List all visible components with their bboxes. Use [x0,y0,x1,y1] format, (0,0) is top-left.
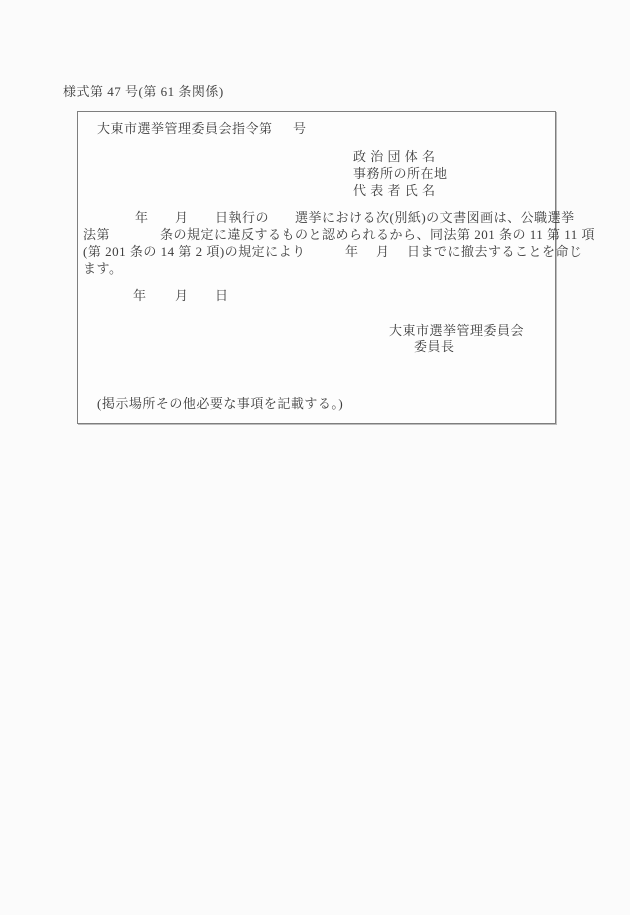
issue-year-unit: 年 [133,289,147,302]
signature-chairman-label: 委員長 [414,340,455,353]
removal-month-unit: 月 [376,245,390,258]
signature-title-line: 委員長 [78,340,555,353]
blank-removal-year [312,245,343,258]
directive-number-unit: 号 [293,122,307,135]
addressee-representative-line: 代 表 者 氏 名 [78,184,555,197]
signature-org-line: 大東市選挙管理委員会 [78,324,555,337]
blank-issue-day [190,289,213,302]
issue-date-line: 年 月 日 [78,289,555,302]
blank-law-article-number [111,228,158,241]
directive-number-line: 大東市選挙管理委員会指令第 号 [78,122,555,135]
addressee-office-address-label: 事務所の所在地 [353,167,448,180]
body-line-4: ます。 [78,262,555,275]
body-line-1: 年 月 日執行の 選挙における次(別紙)の文書図画は、公職選挙 [78,211,555,224]
issue-day-unit: 日 [215,289,229,302]
execution-day-text: 日執行の [215,211,269,224]
blank-execution-month [150,211,173,224]
notice-box: 大東市選挙管理委員会指令第 号 政 治 団 体 名 事務所の所在地 代 表 者 … [77,111,556,424]
body-line-4-text: ます。 [83,262,122,275]
removal-year-unit: 年 [345,245,359,258]
body-line-3-text: 日までに撤去することを命じ [407,245,583,258]
execution-year-unit: 年 [135,211,149,224]
addressee-org-name-line: 政 治 団 体 名 [78,150,555,163]
execution-month-unit: 月 [175,211,189,224]
body-line-2: 法第 条の規定に違反するものと認められるから、同法第 201 条の 11 第 1… [78,228,555,241]
blank-issue-month [148,289,173,302]
blank-execution-year [109,211,133,224]
document-page: 様式第 47 号(第 61 条関係) 大東市選挙管理委員会指令第 号 政 治 団… [0,0,630,915]
signature-org-name: 大東市選挙管理委員会 [389,324,524,337]
body-line-3: (第 201 条の 14 第 2 項)の規定により 年 月 日までに撤去すること… [78,245,555,258]
body-line-1-text: 選挙における次(別紙)の文書図画は、公職選挙 [295,211,575,224]
addressee-office-address-line: 事務所の所在地 [78,167,555,180]
blank-removal-month [360,245,374,258]
blank-removal-day [391,245,405,258]
addressee-representative-label: 代 表 者 氏 名 [353,184,436,197]
form-style-label: 様式第 47 号(第 61 条関係) [63,85,224,98]
addressee-org-name-label: 政 治 団 体 名 [353,150,436,163]
law-article-prefix: 法第 [83,228,110,241]
body-line-3-prefix: (第 201 条の 14 第 2 項)の規定により [83,245,306,258]
blank-directive-number [268,122,291,135]
blank-election-name [270,211,293,224]
issue-month-unit: 月 [175,289,189,302]
directive-number-prefix: 大東市選挙管理委員会指令第 [97,122,273,135]
footnote-text: (掲示場所その他必要な事項を記載する。) [97,397,343,410]
blank-execution-day [190,211,213,224]
body-line-2-text: 条の規定に違反するものと認められるから、同法第 201 条の 11 第 11 項 [160,228,595,241]
blank-issue-year [84,289,131,302]
footnote-line: (掲示場所その他必要な事項を記載する。) [78,397,555,410]
